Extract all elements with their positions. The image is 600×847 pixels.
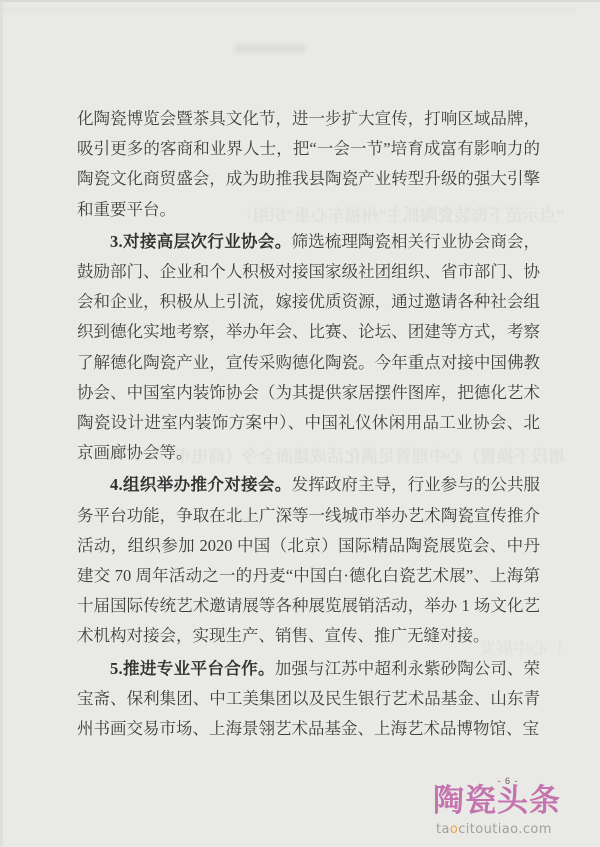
paragraph-text: 化陶瓷博览会暨茶具文化节，进一步扩大宣传，打响区域品牌，吸引更多的客商和业界人士…: [77, 109, 540, 219]
scan-edge-top-artifact: [0, 0, 600, 2]
paragraph-item-3: 3.对接高层次行业协会。筛选梳理陶瓷相关行业协会商会，鼓励部门、企业和个人积极对…: [77, 227, 540, 469]
paragraph-text: 筛选梳理陶瓷相关行业协会商会，鼓励部门、企业和个人积极对接国家级社团组织、省市部…: [77, 232, 540, 462]
scan-smudge-artifact: [234, 44, 306, 53]
scanned-document-page: “点示范下饰装瓷陶抓主”州福车心重“织组年专 增段不换置）心中理管足满化活成建面…: [0, 0, 600, 847]
logo-url-part1: ta: [436, 822, 450, 837]
document-body: 化陶瓷博览会暨茶具文化节，进一步扩大宣传，打响区域品牌，吸引更多的客商和业界人士…: [77, 104, 540, 746]
paragraph-text: 发挥政府主导，行业参与的公共服务平台功能，争取在北上广深等一线城市举办艺术陶瓷宣…: [77, 475, 540, 645]
logo-url-part2: citoutiao.com: [458, 822, 552, 837]
paragraph-lead: 4.组织举办推介对接会。: [110, 475, 292, 494]
taocitoutiao-logo-url: taocitoutiao.com: [436, 822, 570, 837]
taocitoutiao-logo-text: 陶瓷头条: [433, 784, 567, 818]
paragraph-intro-continuation: 化陶瓷博览会暨茶具文化节，进一步扩大宣传，打响区域品牌，吸引更多的客商和业界人士…: [77, 104, 540, 225]
scan-edge-left-artifact: [0, 0, 3, 847]
paragraph-lead: 3.对接高层次行业协会。: [110, 232, 292, 251]
paragraph-lead: 5.推进专业平台合作。: [110, 659, 275, 678]
paragraph-item-5: 5.推进专业平台合作。加强与江苏中超利永紫砂陶公司、荣宝斋、保利集团、中工美集团…: [77, 654, 540, 745]
logo-url-accent-letter: o: [450, 822, 458, 837]
scan-streak-artifact: [0, 8, 575, 12]
paragraph-item-4: 4.组织举办推介对接会。发挥政府主导，行业参与的公共服务平台功能，争取在北上广深…: [77, 470, 540, 651]
